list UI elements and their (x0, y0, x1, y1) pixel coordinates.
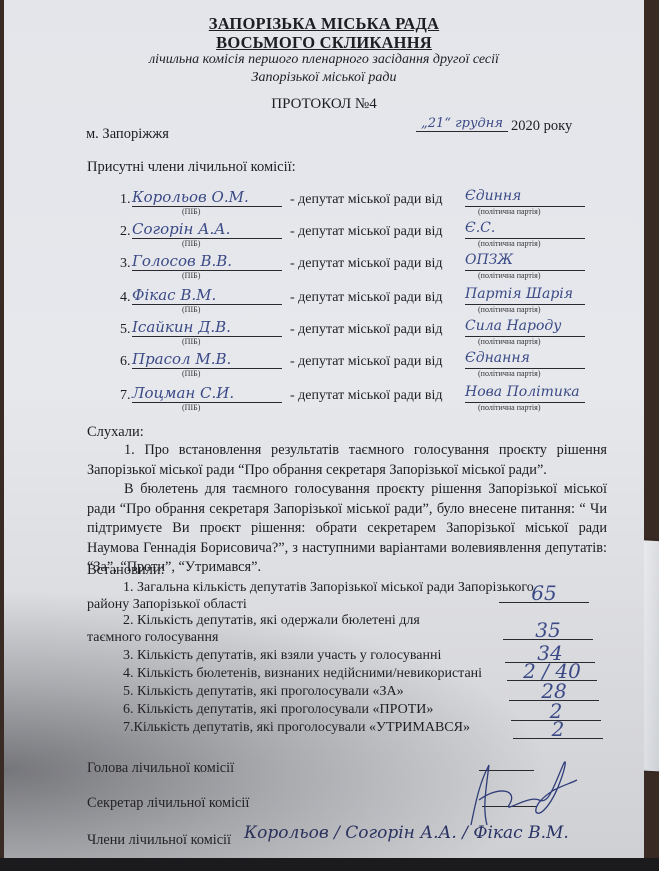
present-heading: Присутні члени лічильної комісії: (87, 159, 296, 176)
party-caption: (політична партія) (478, 305, 540, 314)
result-value: 65 (499, 584, 589, 603)
member-label: - депутат міської ради від (290, 290, 443, 306)
member-party: Єднання (465, 350, 585, 369)
result-row: 1. Загальна кількість депутатів Запорізь… (87, 580, 617, 616)
member-number: 2. (120, 224, 131, 240)
member-row: 4. Фікас В.М. (ПІБ) - депутат міської ра… (120, 288, 590, 314)
heard-item-1: 1. Про встановлення результатів таємного… (87, 441, 607, 480)
name-caption: (ПІБ) (182, 369, 200, 378)
member-label: - депутат міської ради від (290, 256, 443, 272)
result-label: 2. Кількість депутатів, які одержали бюл… (123, 613, 420, 629)
result-value: 35 (503, 621, 593, 640)
member-row: 1. Корольов О.М. (ПІБ) - депутат міської… (120, 190, 590, 216)
result-row: 7.Кількість депутатів, які проголосували… (87, 720, 617, 738)
party-caption: (політична партія) (478, 271, 540, 280)
result-label: 7.Кількість депутатів, які проголосували… (123, 720, 470, 736)
result-label: 6. Кількість депутатів, які проголосувал… (123, 702, 433, 718)
member-label: - депутат міської ради від (290, 224, 443, 240)
result-label: 4. Кількість бюлетенів, визнаних недійсн… (123, 666, 482, 682)
name-caption: (ПІБ) (182, 239, 200, 248)
members-label: Члени лічильної комісії (87, 832, 231, 849)
result-label: 1. Загальна кількість депутатів Запорізь… (123, 580, 534, 596)
member-label: - депутат міської ради від (290, 354, 443, 370)
date-handwritten: „21“ грудня (416, 116, 508, 132)
result-label-cont: району Запорізької області (87, 597, 247, 613)
heard-heading: Слухали: (87, 424, 144, 441)
member-name: Лоцман С.И. (132, 384, 282, 403)
member-number: 3. (120, 256, 131, 272)
member-party: ОПЗЖ (465, 252, 585, 271)
member-label: - депутат міської ради від (290, 322, 443, 338)
member-name: Голосов В.В. (132, 252, 282, 271)
name-caption: (ПІБ) (182, 271, 200, 280)
name-caption: (ПІБ) (182, 403, 200, 412)
commission-line-1: лічильна комісія першого пленарного засі… (4, 52, 644, 68)
party-caption: (політична партія) (478, 369, 540, 378)
member-party: Нова Політика (465, 384, 585, 403)
result-row: 6. Кількість депутатів, які проголосувал… (87, 702, 617, 720)
name-caption: (ПІБ) (182, 207, 200, 216)
member-number: 4. (120, 290, 131, 306)
member-row: 7. Лоцман С.И. (ПІБ) - депутат міської р… (120, 386, 590, 412)
member-number: 6. (120, 354, 131, 370)
chair-label: Голова лічильної комісії (87, 760, 234, 777)
result-label: 3. Кількість депутатів, які взяли участь… (123, 648, 441, 664)
result-row: 5. Кількість депутатів, які проголосувал… (87, 684, 617, 702)
party-caption: (політична партія) (478, 403, 540, 412)
member-name: Фікас В.М. (132, 286, 282, 305)
member-row: 2. Согорін А.А. (ПІБ) - депутат міської … (120, 222, 590, 248)
secretary-label: Секретар лічильної комісії (87, 795, 249, 812)
member-party: Партія Шарія (465, 286, 585, 305)
name-caption: (ПІБ) (182, 337, 200, 346)
members-signatures: Корольов / Согорін А.А. / Фікас В.М. (244, 823, 569, 843)
member-name: Прасол М.В. (132, 350, 282, 369)
protocol-title: ПРОТОКОЛ №4 (4, 96, 644, 113)
commission-line-2: Запорізької міської ради (4, 70, 644, 86)
member-label: - депутат міської ради від (290, 192, 443, 208)
member-party: Є.С. (465, 220, 585, 239)
member-row: 6. Прасол М.В. (ПІБ) - депутат міської р… (120, 352, 590, 378)
year: 2020 року (511, 118, 572, 135)
result-value: 2 (513, 720, 603, 739)
party-caption: (політична партія) (478, 207, 540, 216)
table-edge (0, 858, 659, 871)
protocol-document: ЗАПОРІЗЬКА МІСЬКА РАДА ВОСЬМОГО СКЛИКАНН… (4, 0, 644, 860)
member-row: 5. Ісайкин Д.В. (ПІБ) - депутат міської … (120, 320, 590, 346)
member-number: 7. (120, 388, 131, 404)
member-name: Согорін А.А. (132, 220, 282, 239)
result-label: 5. Кількість депутатів, які проголосувал… (123, 684, 404, 700)
party-caption: (політична партія) (478, 337, 540, 346)
member-number: 5. (120, 322, 131, 338)
established-heading: Встановили: (87, 562, 165, 579)
member-party: Єдиння (465, 188, 585, 207)
member-name: Корольов О.М. (132, 188, 282, 207)
party-caption: (політична партія) (478, 239, 540, 248)
name-caption: (ПІБ) (182, 305, 200, 314)
member-name: Ісайкин Д.В. (132, 318, 282, 337)
convocation: ВОСЬМОГО СКЛИКАННЯ (4, 33, 644, 53)
member-number: 1. (120, 192, 131, 208)
city: м. Запоріжжя (86, 126, 169, 143)
member-label: - депутат міської ради від (290, 388, 443, 404)
ballot-text: В бюлетень для таємного голосування проє… (87, 480, 607, 578)
member-row: 3. Голосов В.В. (ПІБ) - депутат міської … (120, 254, 590, 280)
council-name: ЗАПОРІЗЬКА МІСЬКА РАДА (4, 14, 644, 34)
result-label-cont: таємного голосування (87, 630, 218, 646)
member-party: Сила Народу (465, 318, 585, 337)
